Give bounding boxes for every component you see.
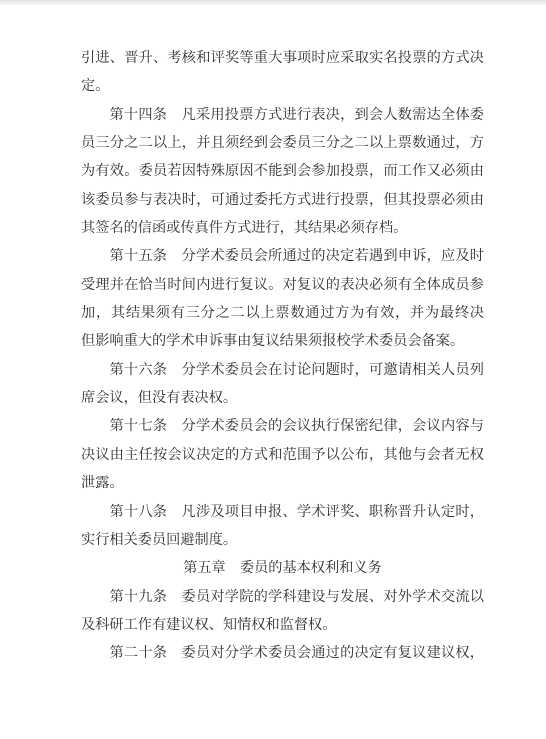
document-line: 第十六条 分学术委员会在讨论问题时，可邀请相关人员列	[81, 356, 484, 384]
document-line: 泄露。	[81, 469, 484, 497]
document-line: 受理并在恰当时间内进行复议。对复议的表决必须有全体成员参	[81, 271, 484, 299]
document-line: 第十四条 凡采用投票方式进行表决，到会人数需达全体委	[81, 101, 484, 129]
document-text-block: 引进、晋升、考核和评奖等重大事项时应采取实名投票的方式决定。第十四条 凡采用投票…	[81, 44, 484, 668]
document-line: 为有效。委员若因特殊原因不能到会参加投票，而工作又必须由	[81, 157, 484, 185]
document-line: 第十九条 委员对学院的学科建设与发展、对外学术交流以	[81, 583, 484, 611]
document-line: 第十五条 分学术委员会所通过的决定若遇到申诉，应及时	[81, 242, 484, 270]
document-line: 第二十条 委员对分学术委员会通过的决定有复议建议权，	[81, 639, 484, 667]
document-line: 第十七条 分学术委员会的会议执行保密纪律，会议内容与	[81, 412, 484, 440]
document-line: 引进、晋升、考核和评奖等重大事项时应采取实名投票的方式决	[81, 44, 484, 72]
document-line: 决议由主任按会议决定的方式和范围予以公布，其他与会者无权	[81, 441, 484, 469]
document-line: 员三分之二以上，并且须经到会委员三分之二以上票数通过，方	[81, 129, 484, 157]
document-line: 席会议，但没有表决权。	[81, 384, 484, 412]
document-page: 引进、晋升、考核和评奖等重大事项时应采取实名投票的方式决定。第十四条 凡采用投票…	[0, 0, 546, 739]
document-line: 第十八条 凡涉及项目申报、学术评奖、职称晋升认定时，	[81, 498, 484, 526]
document-line: 该委员参与表决时，可通过委托方式进行投票，但其投票必须由	[81, 186, 484, 214]
document-line: 定。	[81, 72, 484, 100]
document-line: 及科研工作有建议权、知情权和监督权。	[81, 611, 484, 639]
document-line: 但影响重大的学术申诉事由复议结果须报校学术委员会备案。	[81, 327, 484, 355]
document-line: 加，其结果须有三分之二以上票数通过方为有效，并为最终决定。	[81, 299, 484, 327]
document-line: 其签名的信函或传真件方式进行，其结果必须存档。	[81, 214, 484, 242]
chapter-heading: 第五章 委员的基本权利和义务	[81, 554, 484, 582]
document-line: 实行相关委员回避制度。	[81, 526, 484, 554]
page-top-edge	[0, 0, 546, 5]
